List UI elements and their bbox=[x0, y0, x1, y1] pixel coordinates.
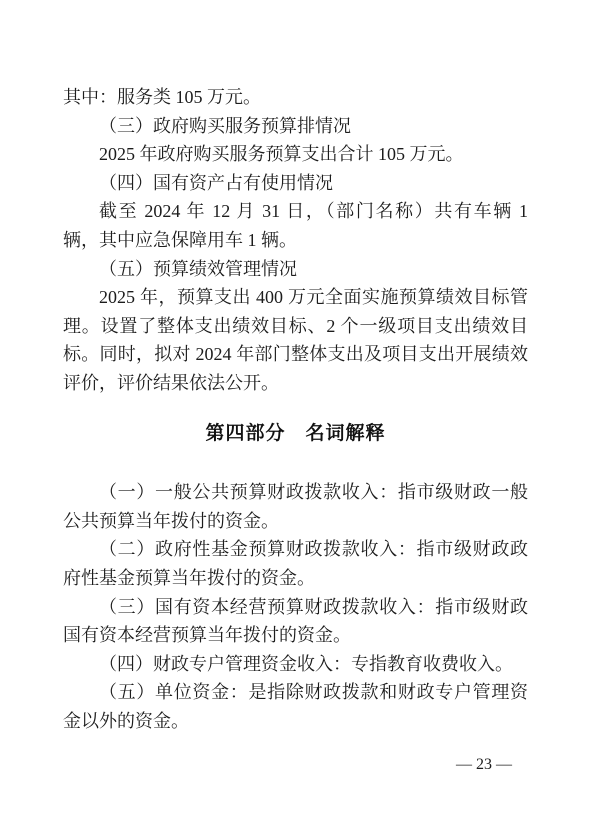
page-number: — 23 — bbox=[63, 751, 528, 780]
body-paragraph: 其中：服务类 105 万元。 bbox=[63, 83, 528, 112]
body-paragraph: （四）国有资产占有使用情况 bbox=[63, 169, 528, 198]
section-heading: 第四部分 名词解释 bbox=[63, 420, 528, 449]
body-paragraph: 截至 2024 年 12 月 31 日，（部门名称）共有车辆 1 辆，其中应急保… bbox=[63, 197, 528, 254]
definition-paragraph: （三）国有资本经营预算财政拨款收入：指市级财政国有资本经营预算当年拨付的资金。 bbox=[63, 593, 528, 650]
definition-paragraph: （四）财政专户管理资金收入：专指教育收费收入。 bbox=[63, 650, 528, 679]
body-paragraph: （三）政府购买服务预算排情况 bbox=[63, 112, 528, 141]
document-page: 其中：服务类 105 万元。 （三）政府购买服务预算排情况 2025 年政府购买… bbox=[0, 0, 590, 817]
body-paragraph: （五）预算绩效管理情况 bbox=[63, 255, 528, 284]
definition-paragraph: （二）政府性基金预算财政拨款收入：指市级财政政府性基金预算当年拨付的资金。 bbox=[63, 535, 528, 592]
definition-paragraph: （五）单位资金：是指除财政拨款和财政专户管理资金以外的资金。 bbox=[63, 678, 528, 735]
body-paragraph: 2025 年政府购买服务预算支出合计 105 万元。 bbox=[63, 140, 528, 169]
definition-paragraph: （一）一般公共预算财政拨款收入：指市级财政一般公共预算当年拨付的资金。 bbox=[63, 478, 528, 535]
body-paragraph: 2025 年，预算支出 400 万元全面实施预算绩效目标管理。设置了整体支出绩效… bbox=[63, 283, 528, 397]
